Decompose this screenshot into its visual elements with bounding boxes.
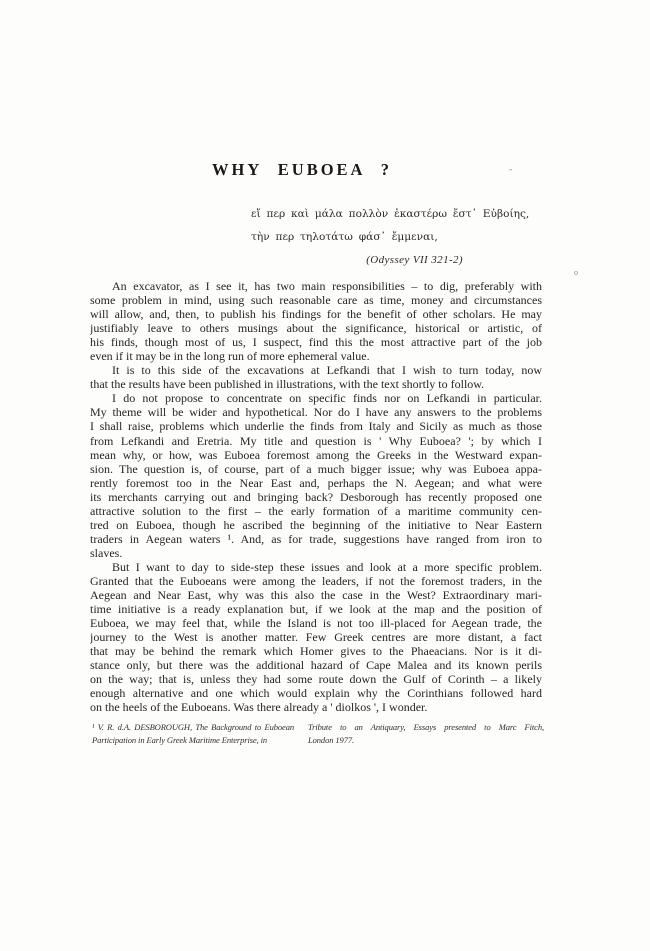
scan-speck: o <box>574 269 578 277</box>
text-line: slaves. <box>90 546 542 560</box>
text-line: rently foremost too in the Near East and… <box>90 476 542 490</box>
text-line: It is to this side of the excavations at… <box>90 363 542 377</box>
text-line: some problem in mind, using such reasona… <box>90 293 542 307</box>
text-line: from Lefkandi and Eretria. My title and … <box>90 434 542 448</box>
text-line: enough alternative and one which would e… <box>90 686 542 700</box>
body-text: An excavator, as I see it, has two main … <box>90 279 542 714</box>
scan-speck: ” <box>509 168 512 176</box>
paragraph-4: But I want to day to side-step these iss… <box>90 560 542 715</box>
epigraph-greek-line-1: εἴ περ καὶ μάλα πολλὸν ἑκαστέρω ἔστ᾽ Εὐβ… <box>251 203 463 226</box>
text-line: its merchants carrying out and bringing … <box>90 490 542 504</box>
text-line: Aegean and Near East, why was this also … <box>90 588 542 602</box>
text-line: Tribute to an Antiquary, Essays presente… <box>308 721 544 734</box>
text-line: London 1977. <box>308 734 544 747</box>
text-line: My theme will be wider and hypothetical.… <box>90 405 542 419</box>
footnote: ¹ V. R. d.A. DESBOROUGH, The Background … <box>92 721 544 747</box>
text-line: stance only, but there was the additiona… <box>90 658 542 672</box>
text-line: Participation in Early Greek Maritime En… <box>92 734 294 747</box>
text-line: An excavator, as I see it, has two main … <box>90 279 542 293</box>
text-line: traders in Aegean waters ¹. And, as for … <box>90 532 542 546</box>
text-line: sion. The question is, of course, part o… <box>90 462 542 476</box>
scanned-page: WHY EUBOEA ? εἴ περ καὶ μάλα πολλὸν ἑκασ… <box>0 0 650 951</box>
paragraph-1: An excavator, as I see it, has two main … <box>90 279 542 363</box>
text-line: on the way; that is, unless they had som… <box>90 672 542 686</box>
text-line: that the results have been published in … <box>90 377 542 391</box>
text-line: attractive solution to the first – the e… <box>90 504 542 518</box>
text-line: time initiative is a ready explanation b… <box>90 602 542 616</box>
text-line: that may be behind the remark which Home… <box>90 644 542 658</box>
text-line: on the heels of the Euboeans. Was there … <box>90 700 542 714</box>
text-line: mean why, or how, was Euboea foremost am… <box>90 448 542 462</box>
paragraph-3: I do not propose to concentrate on speci… <box>90 391 542 560</box>
text-line: his finds, though most of us, I suspect,… <box>90 335 542 349</box>
text-line: Euboea, we may feel that, while the Isla… <box>90 616 542 630</box>
text-line: Granted that the Euboeans were among the… <box>90 574 542 588</box>
text-line: But I want to day to side-step these iss… <box>90 560 542 574</box>
text-line: ¹ V. R. d.A. DESBOROUGH, The Background … <box>92 721 294 734</box>
paragraph-2: It is to this side of the excavations at… <box>90 363 542 391</box>
text-line: I shall raise, problems which underlie t… <box>90 419 542 433</box>
footnote-column-left: ¹ V. R. d.A. DESBOROUGH, The Background … <box>92 721 294 747</box>
footnote-column-right: Tribute to an Antiquary, Essays presente… <box>308 721 544 747</box>
epigraph-greek-line-2: τὴν περ τηλοτάτω φάσ᾽ ἔμμεναι, <box>251 226 463 249</box>
text-line: will allow, and, then, to publish his fi… <box>90 307 542 321</box>
epigraph: εἴ περ καὶ μάλα πολλὸν ἑκαστέρω ἔστ᾽ Εὐβ… <box>251 203 463 266</box>
text-line: I do not propose to concentrate on speci… <box>90 391 542 405</box>
text-line: tred on Euboea, though he ascribed the b… <box>90 518 542 532</box>
page-title: WHY EUBOEA ? <box>90 160 514 180</box>
epigraph-attribution: (Odyssey VII 321-2) <box>251 254 463 266</box>
text-line: justifiably leave to others musings abou… <box>90 321 542 335</box>
text-line: even if it may be in the long run of mor… <box>90 349 542 363</box>
text-line: journey to the West is another matter. F… <box>90 630 542 644</box>
